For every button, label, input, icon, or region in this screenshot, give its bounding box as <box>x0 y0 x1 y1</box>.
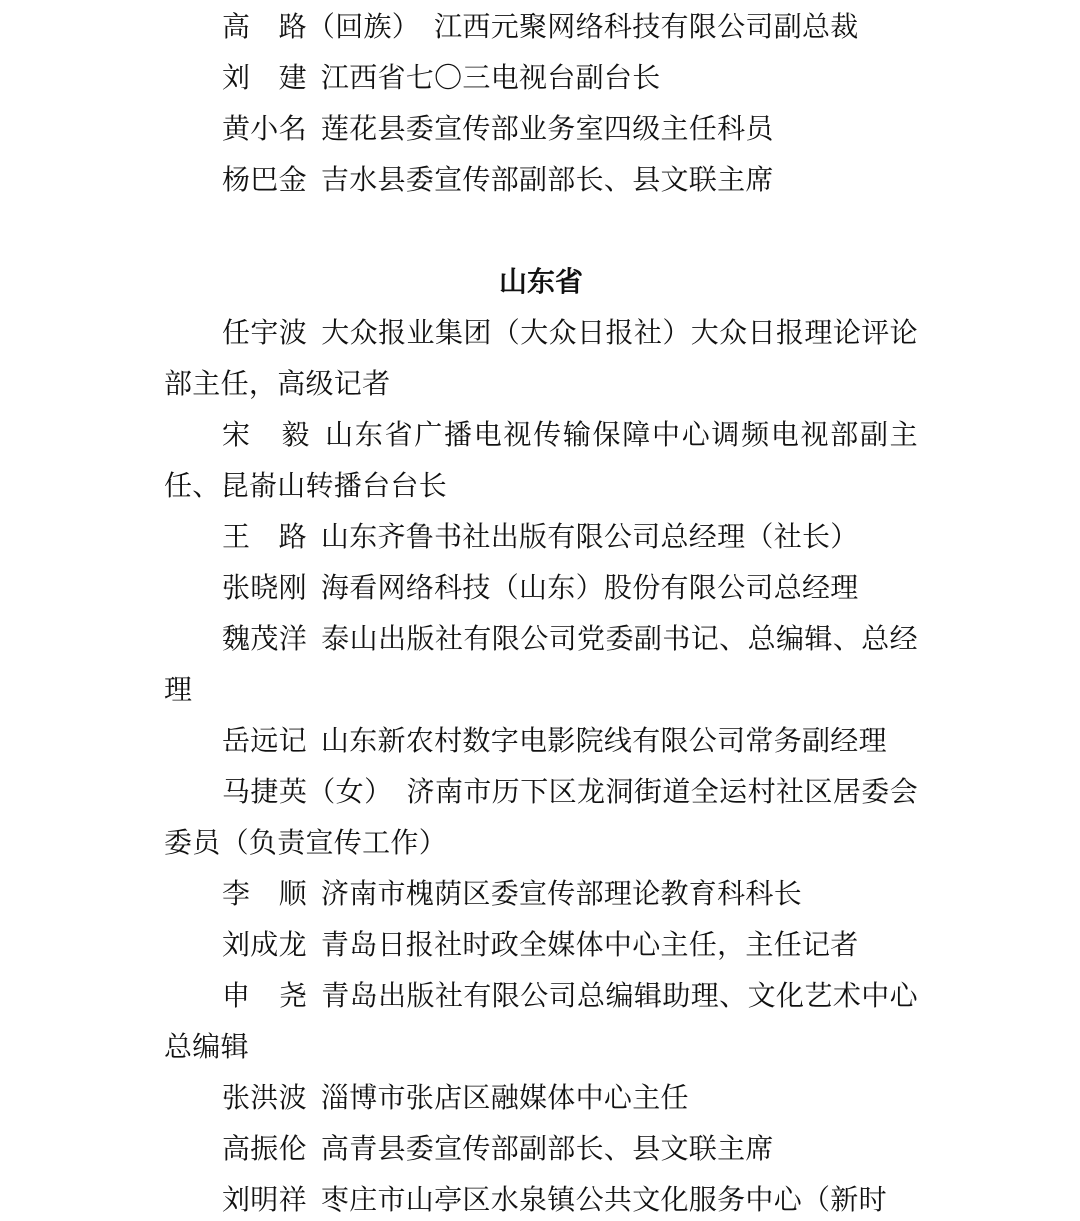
list-item: 刘明祥枣庄市山亭区水泉镇公共文化服务中心（新时 <box>164 1174 918 1221</box>
list-item: 申 尧青岛出版社有限公司总编辑助理、文化艺术中心总编辑 <box>164 970 918 1072</box>
list-item: 黄小名莲花县委宣传部业务室四级主任科员 <box>164 103 918 154</box>
person-name: 刘明祥 <box>222 1183 307 1216</box>
list-item: 杨巴金吉水县委宣传部副部长、县文联主席 <box>164 154 918 205</box>
person-name: 岳远记 <box>222 724 307 757</box>
person-title: 海看网络科技（山东）股份有限公司总经理 <box>321 571 859 604</box>
list-item: 马捷英（女）济南市历下区龙洞街道全运村社区居委会委员（负责宣传工作） <box>164 766 918 868</box>
person-name: 张晓刚 <box>222 571 307 604</box>
list-item: 李 顺济南市槐荫区委宣传部理论教育科科长 <box>164 868 918 919</box>
person-name: 刘成龙 <box>222 928 307 961</box>
list-item: 宋 毅山东省广播电视传输保障中心调频电视部副主任、昆嵛山转播台台长 <box>164 409 918 511</box>
person-name: 高振伦 <box>222 1132 307 1165</box>
person-title: 枣庄市山亭区水泉镇公共文化服务中心（新时 <box>321 1183 887 1216</box>
list-item: 刘 建江西省七〇三电视台副台长 <box>164 52 918 103</box>
list-item: 岳远记山东新农村数字电影院线有限公司常务副经理 <box>164 715 918 766</box>
person-name: 魏茂洋 <box>222 622 307 655</box>
document-body: 高 路（回族）江西元聚网络科技有限公司副总裁 刘 建江西省七〇三电视台副台长 黄… <box>164 1 918 1221</box>
person-title: 青岛日报社时政全媒体中心主任，主任记者 <box>321 928 859 961</box>
person-title: 山东新农村数字电影院线有限公司常务副经理 <box>321 724 887 757</box>
person-name: 马捷英（女） <box>222 775 393 808</box>
person-name: 黄小名 <box>222 112 307 145</box>
person-title: 高青县委宣传部副部长、县文联主席 <box>321 1132 774 1165</box>
province-heading: 山东省 <box>164 256 918 307</box>
list-item: 魏茂洋泰山出版社有限公司党委副书记、总编辑、总经理 <box>164 613 918 715</box>
list-item: 张洪波淄博市张店区融媒体中心主任 <box>164 1072 918 1123</box>
person-name: 申 尧 <box>222 979 307 1012</box>
list-item: 任宇波大众报业集团（大众日报社）大众日报理论评论部主任，高级记者 <box>164 307 918 409</box>
section-jiangxi-continued: 高 路（回族）江西元聚网络科技有限公司副总裁 刘 建江西省七〇三电视台副台长 黄… <box>164 1 918 205</box>
list-item: 张晓刚海看网络科技（山东）股份有限公司总经理 <box>164 562 918 613</box>
person-name: 宋 毅 <box>222 418 311 451</box>
person-name: 李 顺 <box>222 877 307 910</box>
list-item: 高振伦高青县委宣传部副部长、县文联主席 <box>164 1123 918 1174</box>
list-item: 刘成龙青岛日报社时政全媒体中心主任，主任记者 <box>164 919 918 970</box>
person-title: 淄博市张店区融媒体中心主任 <box>321 1081 689 1114</box>
list-item: 王 路山东齐鲁书社出版有限公司总经理（社长） <box>164 511 918 562</box>
person-name: 杨巴金 <box>222 163 307 196</box>
person-title: 江西元聚网络科技有限公司副总裁 <box>434 10 859 43</box>
person-name: 任宇波 <box>222 316 307 349</box>
list-item: 高 路（回族）江西元聚网络科技有限公司副总裁 <box>164 1 918 52</box>
person-name: 王 路 <box>222 520 307 553</box>
person-title: 吉水县委宣传部副部长、县文联主席 <box>321 163 774 196</box>
person-name: 刘 建 <box>222 61 307 94</box>
section-spacer <box>164 205 918 256</box>
person-title: 莲花县委宣传部业务室四级主任科员 <box>321 112 774 145</box>
person-title: 济南市槐荫区委宣传部理论教育科科长 <box>321 877 802 910</box>
person-title: 山东齐鲁书社出版有限公司总经理（社长） <box>321 520 859 553</box>
person-title: 江西省七〇三电视台副台长 <box>321 61 661 94</box>
person-name: 张洪波 <box>222 1081 307 1114</box>
person-name: 高 路（回族） <box>222 10 420 43</box>
section-shandong: 山东省 任宇波大众报业集团（大众日报社）大众日报理论评论部主任，高级记者 宋 毅… <box>164 256 918 1221</box>
